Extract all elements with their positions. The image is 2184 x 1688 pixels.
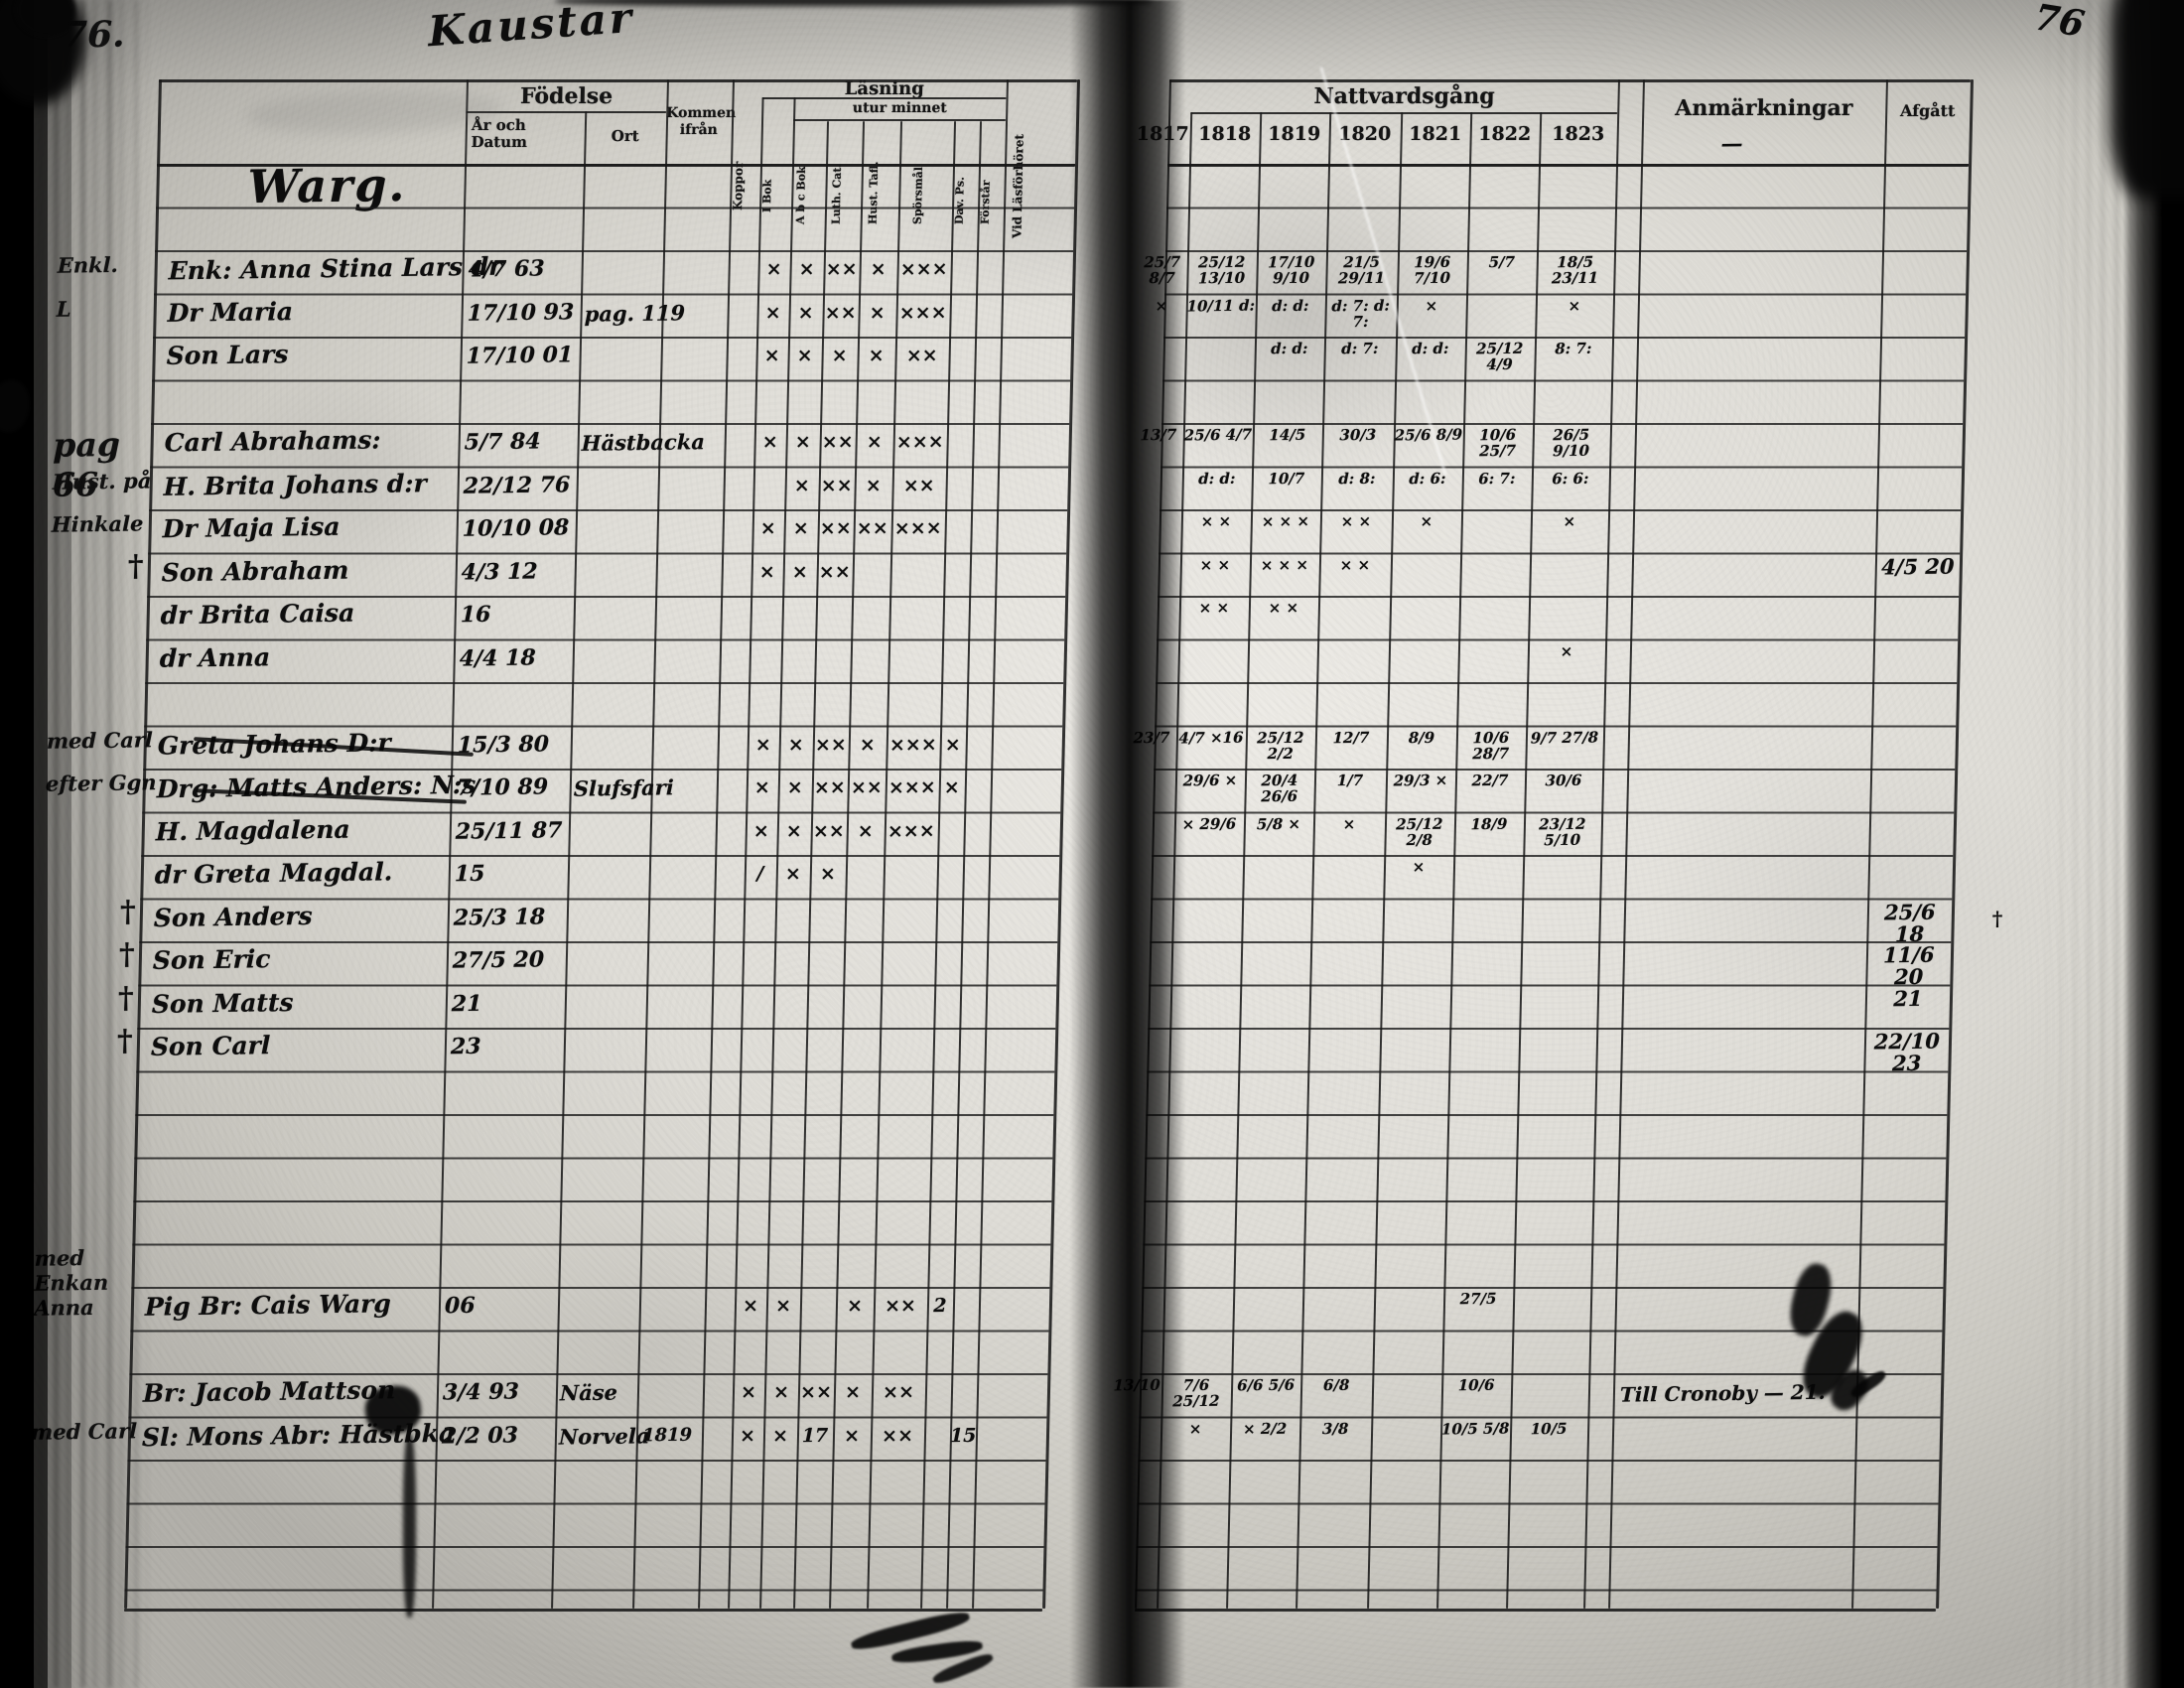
- communion-entry: 25/12 13/10: [1186, 255, 1256, 287]
- communion-entry: 6: 6:: [1532, 471, 1609, 488]
- header-nattvardsgang: Nattvardsgång: [1190, 83, 1618, 109]
- communion-entry: × ×: [1319, 557, 1391, 574]
- communion-entry: 5/8 ×: [1244, 816, 1313, 833]
- communion-entry: d: d:: [1182, 471, 1252, 488]
- communion-entry: d: d:: [1396, 342, 1465, 358]
- communion-entry: 5/7: [1467, 255, 1537, 272]
- row-rule: [1190, 112, 1617, 114]
- communion-entry: × 2/2: [1230, 1421, 1299, 1438]
- communion-entry: × ×: [1249, 601, 1318, 618]
- communion-entry: 10/5 5/8: [1440, 1421, 1510, 1438]
- communion-entry: 10/11 d:: [1186, 298, 1256, 315]
- communion-entry: × ×: [1181, 514, 1251, 531]
- communion-entry: ×: [1384, 860, 1453, 877]
- communion-entry: 29/6 ×: [1175, 774, 1245, 790]
- communion-entry: 6/6 5/6: [1231, 1378, 1300, 1395]
- communion-entry: 4/7 ×16: [1176, 730, 1246, 747]
- communion-entry: 27/5: [1443, 1292, 1513, 1309]
- communion-entry: 12/7: [1315, 730, 1387, 747]
- communion-entry: 25/12 2/8: [1385, 816, 1454, 848]
- communion-entry: 17/10 9/10: [1256, 255, 1325, 287]
- remark: Till Cronoby — 21.: [1620, 1379, 1854, 1406]
- communion-entry: 29/3 ×: [1386, 774, 1455, 790]
- communion-entry: d: 8:: [1321, 471, 1393, 488]
- departure-date: 25/6 18: [1869, 901, 1951, 945]
- communion-entry: 6/8: [1300, 1377, 1372, 1394]
- row-rule: [1169, 79, 1971, 82]
- departure-date: 11/6 20: [1868, 943, 1950, 988]
- communion-entry: 18/9: [1454, 816, 1524, 833]
- communion-entry: × × ×: [1251, 514, 1320, 531]
- header-year-1820: 1820: [1329, 123, 1401, 145]
- communion-entry: 25/6 4/7: [1183, 428, 1253, 445]
- communion-entry: 1/7: [1314, 773, 1386, 789]
- edge-streaks-right: [2035, 0, 2184, 1688]
- communion-entry: ×: [1531, 513, 1608, 530]
- communion-entry: ×: [1397, 298, 1466, 315]
- communion-entry: d: d:: [1256, 298, 1325, 315]
- departure-date: 21: [1867, 987, 1949, 1010]
- communion-entry: 10/6: [1441, 1378, 1511, 1395]
- row-rule: [1167, 164, 1969, 167]
- communion-entry: × × ×: [1250, 557, 1319, 574]
- header-anmarkningar: Anmärkningar: [1642, 95, 1886, 121]
- communion-entry: 6: 7:: [1462, 471, 1532, 488]
- departure-date: 22/10 23: [1866, 1030, 1948, 1074]
- header-year-1823: 1823: [1540, 123, 1617, 145]
- spine-streaks-left: [0, 0, 164, 1688]
- communion-entry: 19/6 7/10: [1397, 255, 1466, 287]
- communion-entry: 26/5 9/10: [1533, 427, 1610, 460]
- communion-entry: 8/9: [1387, 730, 1456, 747]
- header-year-1819: 1819: [1260, 123, 1329, 145]
- communion-entry: ×: [1392, 514, 1461, 531]
- communion-entry: 25/12 4/9: [1465, 342, 1535, 373]
- communion-entry: × ×: [1180, 557, 1250, 574]
- departure-cross-icon: †: [1992, 906, 2003, 929]
- communion-entry: d: 7: d: 7:: [1324, 298, 1396, 331]
- row-rule: [1135, 1609, 1936, 1612]
- header-year-1822: 1822: [1470, 123, 1540, 145]
- communion-entry: 30/6: [1525, 773, 1602, 789]
- scanned-ledger-spread: 76. Kaustar Warg. Födelse År och Datum O…: [0, 0, 2184, 1688]
- communion-entry: d: 6:: [1393, 471, 1462, 488]
- communion-entry: 21/5 29/11: [1325, 254, 1397, 287]
- communion-entry: d: d:: [1255, 342, 1324, 358]
- communion-entry: 8: 7:: [1535, 341, 1612, 357]
- communion-entry: 23/12 5/10: [1524, 816, 1601, 849]
- header-year-1821: 1821: [1401, 123, 1470, 145]
- communion-entry: 10/7: [1252, 471, 1321, 488]
- communion-entry: 20/4 26/6: [1245, 774, 1314, 805]
- communion-entry: 30/3: [1322, 427, 1394, 444]
- center-gutter-shadow: [1070, 0, 1185, 1688]
- communion-entry: 14/5: [1253, 428, 1322, 445]
- communion-entry: 3/8: [1299, 1421, 1371, 1438]
- departure-date: 4/5 20: [1877, 555, 1959, 578]
- header-afgatt: Afgått: [1885, 101, 1970, 120]
- communion-entry: × ×: [1320, 513, 1392, 530]
- communion-entry: × ×: [1179, 601, 1249, 618]
- communion-entry: d: 7:: [1324, 341, 1396, 357]
- remark-dash: —: [1720, 131, 1742, 157]
- communion-entry: 10/5: [1510, 1421, 1587, 1438]
- communion-entry: 25/12 2/2: [1246, 730, 1315, 762]
- communion-entry: 22/7: [1455, 774, 1525, 790]
- communion-entry: 10/6 28/7: [1456, 730, 1526, 762]
- communion-entry: 25/6 8/9: [1394, 428, 1463, 445]
- communion-entry: ×: [1313, 816, 1385, 833]
- communion-entry: ×: [1536, 298, 1613, 315]
- communion-entry: 10/6 25/7: [1463, 428, 1533, 460]
- communion-entry: 18/5 23/11: [1536, 254, 1613, 287]
- header-year-1818: 1818: [1190, 123, 1260, 145]
- communion-entry: 9/7 27/8: [1526, 730, 1603, 747]
- communion-entry: ×: [1528, 643, 1605, 660]
